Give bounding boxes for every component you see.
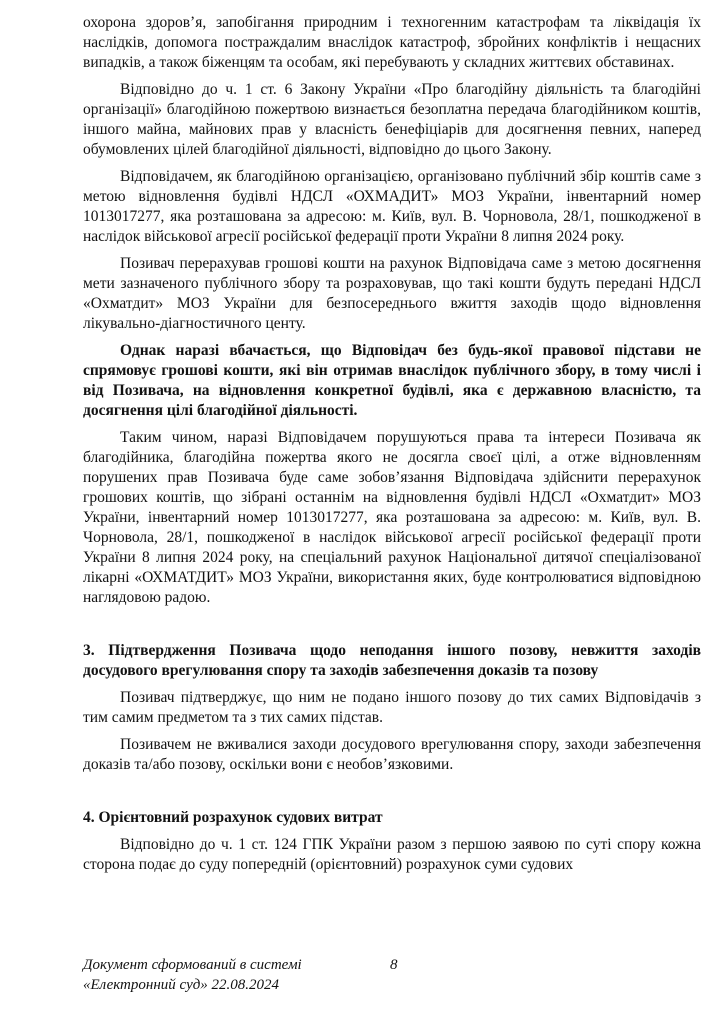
section-heading-4: 4. Орієнтовний розрахунок судових витрат <box>83 808 701 828</box>
paragraph: Таким чином, наразі Відповідачем порушую… <box>83 428 701 608</box>
paragraph: Позивач підтверджує, що ним не подано ін… <box>83 688 701 728</box>
paragraph: Відповідачем, як благодійною організаціє… <box>83 167 701 247</box>
document-page: охорона здоров’я, запобігання природним … <box>0 0 724 1024</box>
section-heading-3: 3. Підтвердження Позивача щодо неподання… <box>83 641 701 681</box>
footer-note-line2: «Електронний суд» 22.08.2024 <box>83 975 701 995</box>
paragraph-emphasized: Однак наразі вбачається, що Відповідач б… <box>83 341 701 421</box>
paragraph: охорона здоров’я, запобігання природним … <box>83 13 701 73</box>
paragraph: Позивач перерахував грошові кошти на рах… <box>83 254 701 334</box>
paragraph: Позивачем не вживалися заходи досудового… <box>83 735 701 775</box>
paragraph: Відповідно до ч. 1 ст. 124 ГПК України р… <box>83 835 701 875</box>
paragraph: Відповідно до ч. 1 ст. 6 Закону України … <box>83 80 701 160</box>
document-body: охорона здоров’я, запобігання природним … <box>83 13 701 882</box>
page-footer: Документ сформований в системі «Електрон… <box>83 955 701 995</box>
page-number: 8 <box>390 955 398 975</box>
